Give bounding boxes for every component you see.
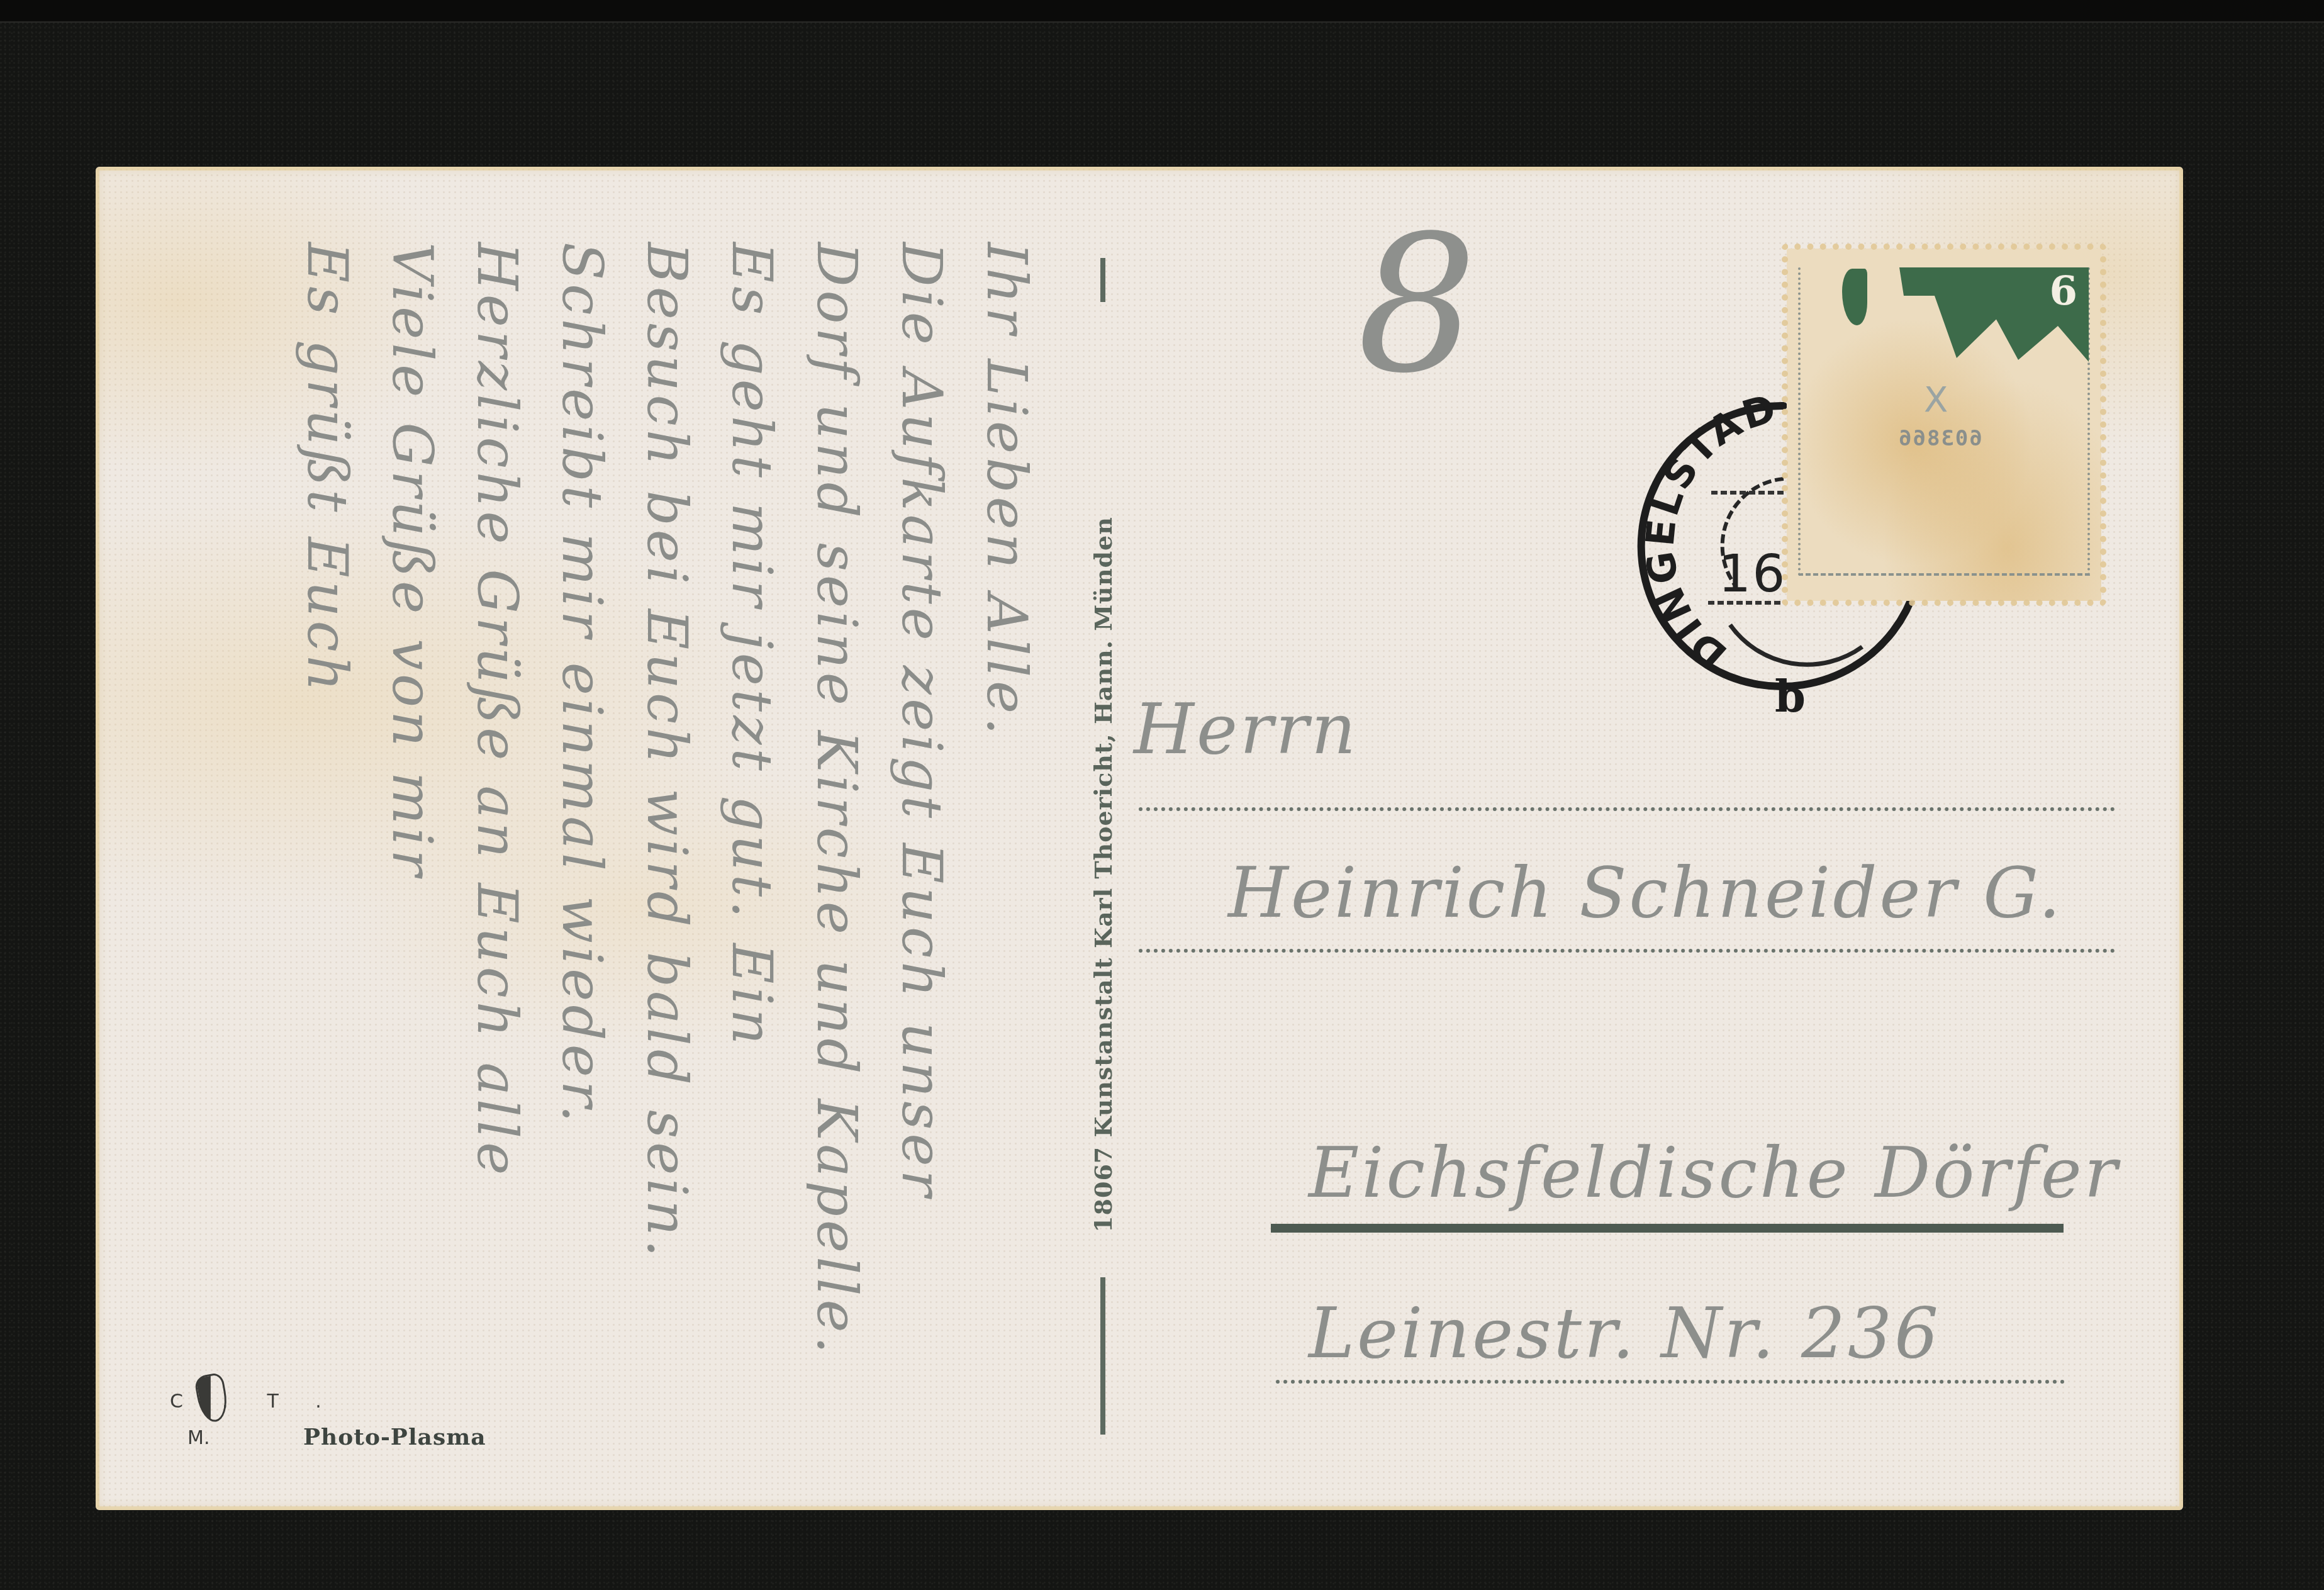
- address-line: Leinestr. Nr. 236: [1309, 1293, 1941, 1374]
- address-dotted-line: [1276, 1380, 2065, 1384]
- photo-process-label: Photo-Plasma: [303, 1424, 486, 1450]
- stamp-x-mark: X: [1924, 379, 1948, 420]
- logo-sub-letter: M.: [187, 1427, 209, 1449]
- handwritten-number: 8: [1357, 211, 1477, 400]
- address-strike-bar: [1271, 1224, 2064, 1233]
- divider-bar-top: [1100, 258, 1105, 302]
- message-line: Herzliche Grüße an Euch alle: [465, 242, 530, 1179]
- message-line: Dorf und seine Kirche und Kapelle.: [805, 242, 869, 1358]
- postcard: Ihr Lieben Alle. Die Aufkarte zeigt Euch…: [96, 167, 2183, 1510]
- address-line: Herrn: [1134, 689, 1358, 770]
- stamp-serial: 603866: [1897, 426, 1982, 451]
- message-line: Ihr Lieben Alle.: [975, 242, 1039, 739]
- address-dotted-line: [1139, 949, 2115, 953]
- svg-text:DINGELSTADT: DINGELSTADT: [1621, 362, 1784, 678]
- message-line: Die Aufkarte zeigt Euch unser: [890, 242, 954, 1201]
- address-line: Heinrich Schneider G.: [1228, 853, 2063, 933]
- address-dotted-line: [1139, 807, 2115, 811]
- message-line: Schreibt mir einmal wieder.: [550, 242, 615, 1126]
- publisher-line: 18067 Kunstanstalt Karl Thoericht, Hann.…: [1089, 517, 1117, 1233]
- message-line: Es grüßt Euch: [295, 242, 360, 695]
- divider-bar-bottom: [1100, 1277, 1105, 1435]
- postmark-town: DINGELSTADT: [1621, 362, 1784, 678]
- message-line: Es geht mir jetzt gut. Ein: [720, 242, 785, 1048]
- stamp-denomination: 6: [2049, 267, 2077, 315]
- address-line-struck: Eichsfeldische Dörfer: [1309, 1133, 2120, 1213]
- message-line: Besuch bei Euch wird bald sein.: [635, 242, 700, 1261]
- postage-stamp: 6 X 603866: [1787, 249, 2101, 601]
- shield-icon: [194, 1372, 230, 1425]
- message-line: Viele Grüße von mir: [380, 242, 445, 880]
- scanner-top-band: [0, 0, 2324, 23]
- postmark-sub-code: b: [1775, 670, 1806, 722]
